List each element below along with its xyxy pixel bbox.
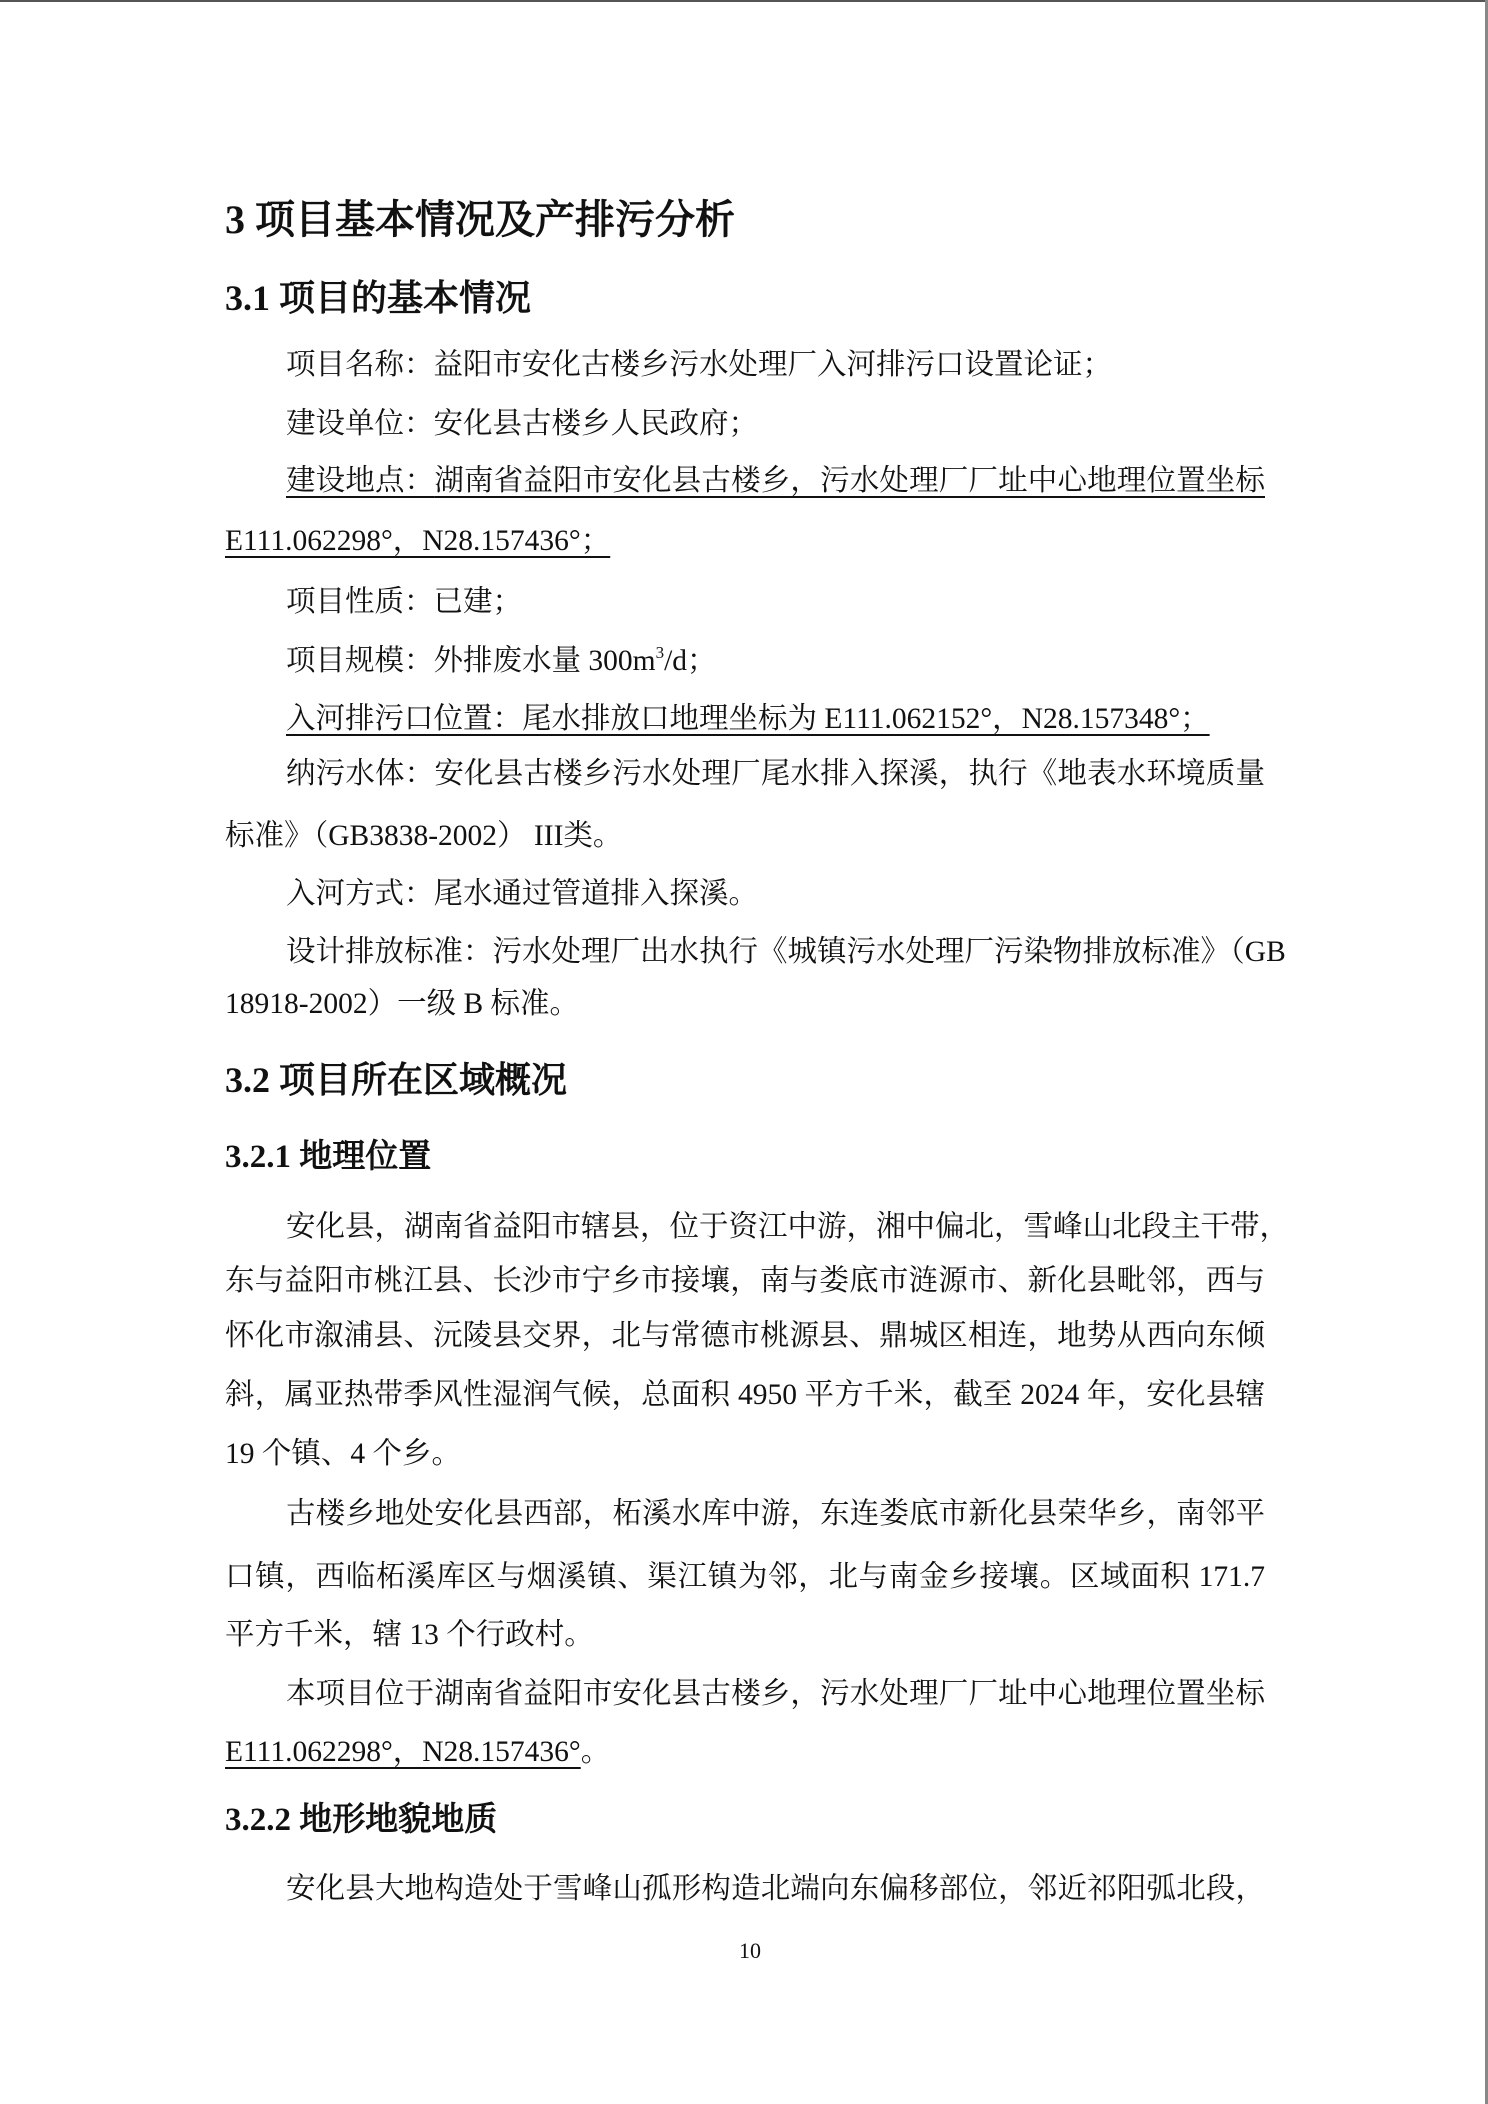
item-receiving-water: 纳污水体：安化县古楼乡污水处理厂尾水排入探溪，执行《地表水环境质量	[286, 760, 1265, 790]
item-label: 入河方式：	[286, 878, 434, 910]
page-number: 10	[0, 1940, 1488, 1962]
item-value-line1: 安化县古楼乡污水处理厂尾水排入探溪，执行《地表水环境质量	[434, 758, 1265, 790]
item-construction-unit: 建设单位：安化县古楼乡人民政府；	[286, 410, 1265, 440]
subsection-title-3-2-1: 3.2.1 地理位置	[225, 1141, 1265, 1174]
item-value: 尾水排放口地理坐标为 E111.062152°，N28.157348°；	[522, 703, 1210, 735]
item-outfall-location: 入河排污口位置：尾水排放口地理坐标为 E111.062152°，N28.1573…	[286, 705, 1265, 735]
paragraph-line: 怀化市溆浦县、沅陵县交界，北与常德市桃源县、鼎城区相连，地势从西向东倾	[225, 1322, 1265, 1352]
paragraph-line: 口镇，西临柘溪库区与烟溪镇、渠江镇为邻，北与南金乡接壤。区域面积 171.7	[225, 1563, 1265, 1593]
item-value-suffix: /d；	[664, 645, 716, 677]
item-project-name: 项目名称：益阳市安化古楼乡污水处理厂入河排污口设置论证；	[286, 351, 1265, 381]
item-label: 项目规模：	[286, 645, 434, 677]
item-discharge-method: 入河方式：尾水通过管道排入探溪。	[286, 880, 1265, 910]
paragraph-line: 斜，属亚热带季风性湿润气候，总面积 4950 平方千米，截至 2024 年，安化…	[225, 1381, 1265, 1411]
item-label: 建设地点：	[286, 465, 434, 497]
paragraph-line: 安化县大地构造处于雪峰山孤形构造北端向东偏移部位，邻近祁阳弧北段，	[286, 1875, 1265, 1905]
section-title-3-1: 3.1 项目的基本情况	[225, 280, 1265, 316]
paragraph-line: 本项目位于湖南省益阳市安化县古楼乡，污水处理厂厂址中心地理位置坐标	[286, 1680, 1265, 1710]
item-value-line2: 标准》（GB3838-2002） III类。	[225, 820, 622, 852]
paragraph-line: 平方千米，辖 13 个行政村。	[225, 1621, 1265, 1651]
item-value: 益阳市安化古楼乡污水处理厂入河排污口设置论证；	[434, 349, 1113, 381]
item-project-nature: 项目性质：已建；	[286, 588, 1265, 618]
item-design-standard-cont: 18918-2002）一级 B 标准。	[225, 990, 1265, 1020]
item-value: 尾水通过管道排入探溪。	[434, 878, 759, 910]
item-value-line1: 污水处理厂出水执行《城镇污水处理厂污染物排放标准》（GB	[493, 936, 1286, 968]
item-construction-site: 建设地点：湖南省益阳市安化县古楼乡，污水处理厂厂址中心地理位置坐标	[286, 467, 1265, 497]
period: 。	[581, 1736, 611, 1768]
item-value-line1: 湖南省益阳市安化县古楼乡，污水处理厂厂址中心地理位置坐标	[434, 465, 1265, 497]
item-project-scale: 项目规模：外排废水量 300m3/d；	[286, 647, 1265, 677]
item-value: 已建；	[434, 586, 523, 618]
subsection-title-3-2-2: 3.2.2 地形地貌地质	[225, 1804, 1265, 1837]
paragraph-line: 安化县，湖南省益阳市辖县，位于资江中游，湘中偏北，雪峰山北段主干带，	[286, 1213, 1265, 1243]
paragraph-line: 东与益阳市桃江县、长沙市宁乡市接壤，南与娄底市涟源市、新化县毗邻，西与	[225, 1267, 1265, 1297]
item-value-prefix: 外排废水量 300m	[434, 645, 656, 677]
item-design-standard: 设计排放标准：污水处理厂出水执行《城镇污水处理厂污染物排放标准》（GB	[286, 938, 1265, 968]
page-top-border	[0, 0, 1488, 2]
item-label: 建设单位：	[286, 408, 434, 440]
coordinates: E111.062298°，N28.157436°	[225, 1736, 581, 1768]
paragraph-line: 19 个镇、4 个乡。	[225, 1440, 1265, 1470]
item-construction-site-coords: E111.062298°，N28.157436°；	[225, 527, 1265, 557]
item-label: 项目名称：	[286, 349, 434, 381]
item-value-line2: 18918-2002）一级 B 标准。	[225, 988, 579, 1020]
section-title-3-2: 3.2 项目所在区域概况	[225, 1062, 1265, 1098]
item-label: 入河排污口位置：	[286, 703, 522, 735]
chapter-title: 3 项目基本情况及产排污分析	[225, 200, 1265, 240]
paragraph-line: E111.062298°，N28.157436°。	[225, 1738, 1265, 1768]
item-receiving-water-cont: 标准》（GB3838-2002） III类。	[225, 822, 1265, 852]
item-value-line2: E111.062298°，N28.157436°；	[225, 525, 610, 557]
paragraph-line: 古楼乡地处安化县西部，柘溪水库中游，东连娄底市新化县荣华乡，南邻平	[286, 1500, 1265, 1530]
item-value-sup: 3	[656, 643, 665, 662]
item-label: 项目性质：	[286, 586, 434, 618]
item-label: 纳污水体：	[286, 758, 434, 790]
item-value: 安化县古楼乡人民政府；	[434, 408, 759, 440]
item-label: 设计排放标准：	[286, 936, 493, 968]
